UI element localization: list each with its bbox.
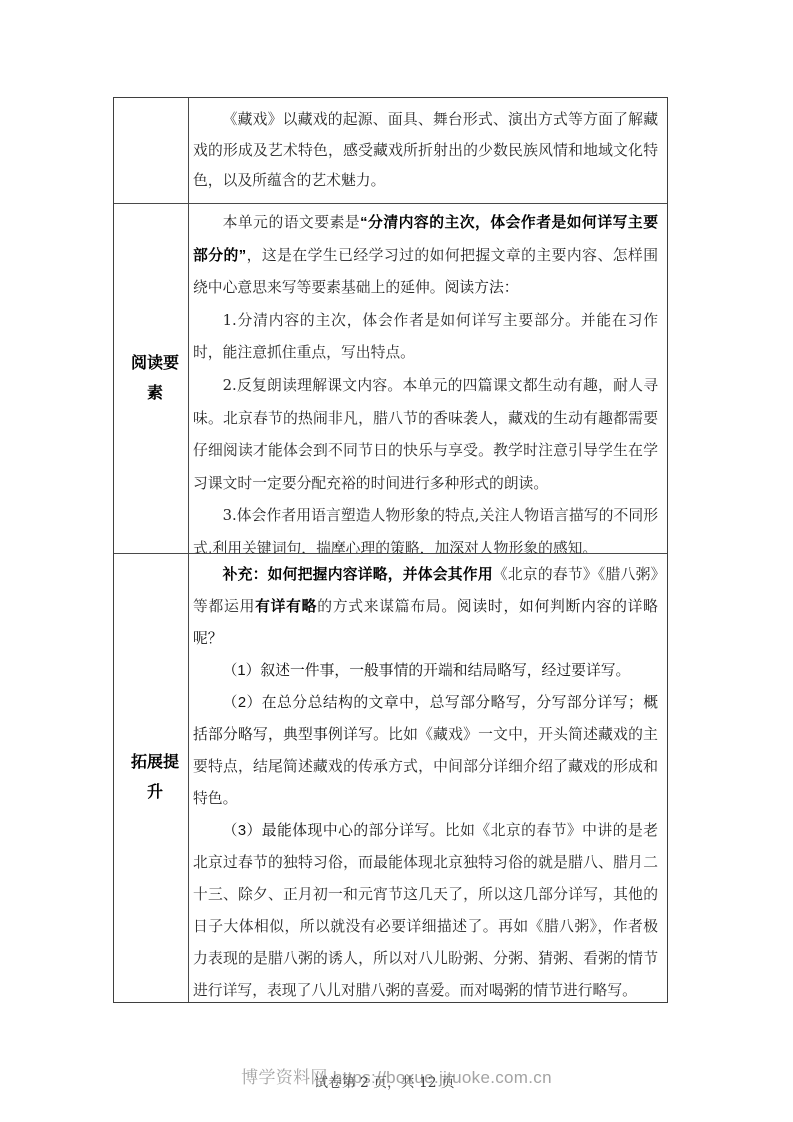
paragraph: （1）叙述一件事，一般事情的开端和结局略写，经过要详写。 bbox=[193, 655, 658, 687]
row-content: 本单元的语文要素是“分清内容的主次，体会作者是如何详写主要部分的”，这是在学生已… bbox=[189, 204, 667, 553]
text-segment-kai: ，这是在学生已经学习过的如何把握文章的主要内容、怎样围绕中心意思来写等要素基础上… bbox=[193, 247, 658, 297]
row-label-line: 拓展提 bbox=[131, 748, 179, 778]
text-segment-hei: 补充：如何把握内容详略，并体会其作用 bbox=[223, 567, 493, 583]
unit-guide-table: 《藏戏》以藏戏的起源、面具、舞台形式、演出方式等方面了解藏戏的形成及艺术特色，感… bbox=[113, 97, 668, 1003]
row-label-line: 阅读要 bbox=[131, 349, 179, 379]
paragraph: 补充：如何把握内容详略，并体会其作用《北京的春节》《腊八粥》等都运用有详有略的方… bbox=[193, 559, 658, 655]
text-segment-kai: 的方式来谋篇布局。 bbox=[317, 598, 457, 615]
text-segment-kai: 3.体会作者用语言塑造人物形象的特点,关注人物语言描写的不同形式,利用关键词句，… bbox=[193, 507, 658, 553]
text-segment-hei: 有详有略 bbox=[255, 599, 317, 615]
table-row-reading-elements: 阅读要素 本单元的语文要素是“分清内容的主次，体会作者是如何详写主要部分的”，这… bbox=[114, 203, 667, 553]
paragraph: 《藏戏》以藏戏的起源、面具、舞台形式、演出方式等方面了解藏戏的形成及艺术特色，感… bbox=[193, 105, 658, 197]
row-label-line: 升 bbox=[147, 778, 163, 808]
paragraph: （2）在总分总结构的文章中，总写部分略写，分写部分详写；概括部分略写，典型事例详… bbox=[193, 687, 658, 815]
paragraph: （3）最能体现中心的部分详写。比如《北京的春节》中讲的是老北京过春节的独特习俗，… bbox=[193, 815, 658, 1002]
row-content: 《藏戏》以藏戏的起源、面具、舞台形式、演出方式等方面了解藏戏的形成及艺术特色，感… bbox=[189, 98, 667, 203]
text-segment-kai: 比如《北京的春节》中讲的是老北京过春节的独特习俗，而最能体现北京独特习俗的就是腊… bbox=[193, 822, 658, 999]
text-segment-kai: 《藏戏》以藏戏的起源、面具、舞台形式、演出方式等方面了解藏戏的形成及艺术特色，感… bbox=[193, 111, 658, 189]
row-label-line: 素 bbox=[147, 379, 163, 409]
text-segment-song: （1）叙述一件事，一般事情的开端和结局略写，经过要详写。 bbox=[223, 663, 631, 679]
row-label-cell bbox=[114, 98, 189, 203]
text-segment-song: 阅读方法： bbox=[445, 280, 519, 296]
paragraph: 2.反复朗读理解课文内容。本单元的四篇课文都生动有趣，耐人寻味。北京春节的热闹非… bbox=[193, 370, 658, 500]
paragraph: 1.分清内容的主次，体会作者是如何详写主要部分。并能在习作时，能注意抓住重点，写… bbox=[193, 305, 658, 370]
text-segment-kai: 本单元的语文要素是 bbox=[223, 214, 361, 231]
page-number-footer: 试卷第 2 页，共 12 页 bbox=[0, 1071, 781, 1091]
text-segment-song: （3）最能体现中心的部分详写。 bbox=[223, 823, 445, 839]
text-segment-kai: 2.反复朗读理解课文内容。本单元的四篇课文都生动有趣，耐人寻味。北京春节的热闹非… bbox=[193, 377, 658, 492]
text-segment-kai: 1.分清内容的主次，体会作者是如何详写主要部分。并能在习作时，能注意抓住重点，写… bbox=[193, 312, 658, 362]
paragraph: 本单元的语文要素是“分清内容的主次，体会作者是如何详写主要部分的”，这是在学生已… bbox=[193, 207, 658, 305]
table-row-extension: 拓展提升 补充：如何把握内容详略，并体会其作用《北京的春节》《腊八粥》等都运用有… bbox=[114, 553, 667, 1002]
row-label-cell: 拓展提升 bbox=[114, 554, 189, 1002]
row-content: 补充：如何把握内容详略，并体会其作用《北京的春节》《腊八粥》等都运用有详有略的方… bbox=[189, 554, 667, 1002]
table-row-unit-overview: 《藏戏》以藏戏的起源、面具、舞台形式、演出方式等方面了解藏戏的形成及艺术特色，感… bbox=[114, 98, 667, 203]
paragraph: 3.体会作者用语言塑造人物形象的特点,关注人物语言描写的不同形式,利用关键词句，… bbox=[193, 500, 658, 553]
row-label-cell: 阅读要素 bbox=[114, 204, 189, 553]
